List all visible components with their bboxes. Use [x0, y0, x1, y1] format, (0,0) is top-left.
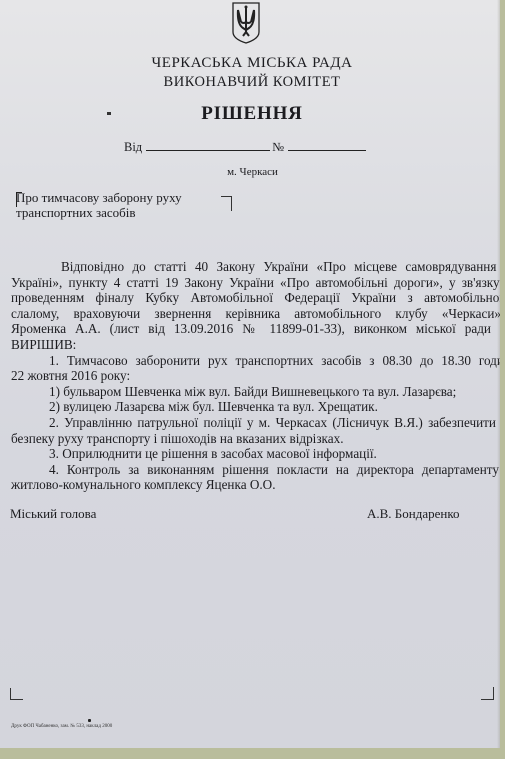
item-line: 3. Оприлюднити це рішення в засобах масо…	[11, 446, 500, 462]
coat-of-arms-trident-icon	[231, 2, 261, 44]
item-line: 22 жовтня 2016 року:	[11, 368, 500, 384]
preamble-line: Відповідно до статті 40 Закону України «…	[11, 259, 500, 275]
preamble-line: Україні», пункту 4 статті 19 Закону Укра…	[11, 275, 500, 291]
number-label: №	[272, 140, 284, 154]
item-line: житлово-комунального комплексу Яценка О.…	[11, 477, 500, 493]
subject-block: Про тимчасову заборону руху транспортних…	[16, 190, 216, 220]
number-blank-field	[288, 140, 366, 151]
date-number-line: Від№	[124, 140, 366, 155]
item-line: 1. Тимчасово заборонити рух транспортних…	[11, 353, 500, 369]
signature-title: Міський голова	[10, 506, 96, 522]
decision-word: ВИРІШИВ:	[11, 337, 500, 353]
date-blank-field	[146, 140, 270, 151]
item-line: безпеку руху транспорту і пішоходів на в…	[11, 431, 500, 447]
committee-name: ВИКОНАВЧИЙ КОМІТЕТ	[2, 74, 500, 91]
corner-mark-bottom-left	[10, 688, 23, 700]
stray-mark	[88, 719, 91, 722]
preamble-line: проведенням фіналу Кубку Автомобільної Ф…	[11, 290, 500, 306]
item-line: 2. Управлінню патрульної поліції у м. Че…	[11, 415, 496, 431]
preamble-line: слалому, враховуючи звернення керівника …	[11, 306, 500, 322]
preamble-line: Яроменка А.А. (лист від 13.09.2016 № 118…	[11, 321, 491, 337]
print-footer: Друк ФОП Чабаненко, зам. № 533, наклад 2…	[11, 724, 112, 729]
corner-mark-bottom-right	[481, 687, 494, 700]
item-line: 4. Контроль за виконанням рішення поклас…	[11, 462, 499, 478]
subitem-line: 1) бульваром Шевченка між вул. Байди Виш…	[11, 384, 500, 400]
subitem-line: 2) вулицею Лазарєва між бул. Шевченка та…	[11, 399, 500, 415]
council-name: ЧЕРКАСЬКА МІСЬКА РАДА	[2, 55, 500, 72]
document-page: ЧЕРКАСЬКА МІСЬКА РАДА ВИКОНАВЧИЙ КОМІТЕТ…	[0, 0, 500, 748]
subject-line: Про тимчасову заборону руху	[16, 190, 216, 205]
document-title: РІШЕННЯ	[2, 103, 500, 125]
city-label: м. Черкаси	[0, 166, 500, 178]
date-label: Від	[124, 140, 142, 154]
subject-line: транспортних засобів	[16, 205, 216, 220]
document-body: Відповідно до статті 40 Закону України «…	[11, 259, 500, 493]
signature-name: А.В. Бондаренко	[367, 506, 460, 522]
corner-mark-top-right	[221, 196, 232, 211]
